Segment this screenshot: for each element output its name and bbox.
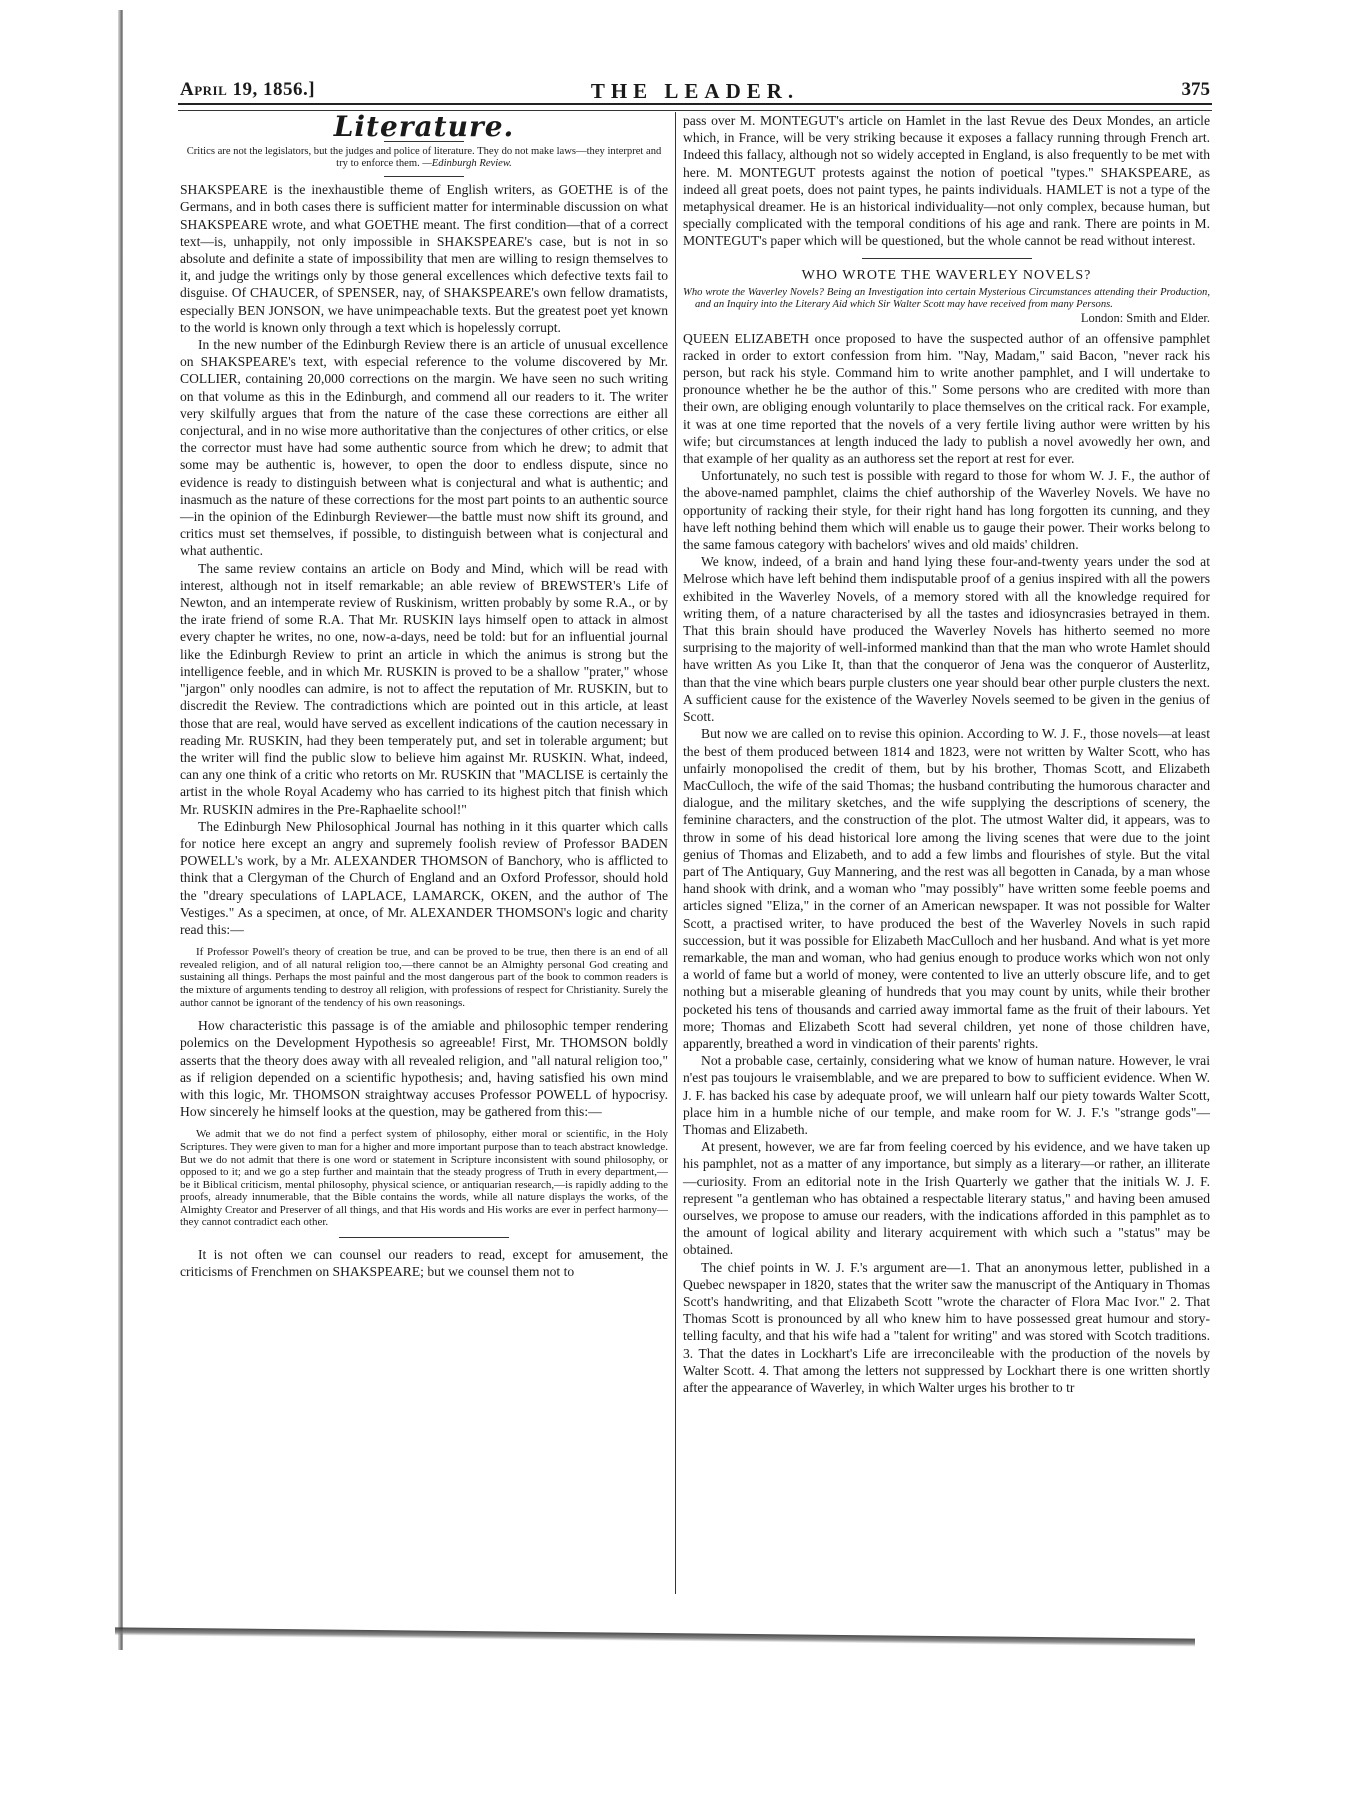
column-divider [675,112,676,1594]
block-quote: If Professor Powell's theory of creation… [180,946,668,1009]
paragraph: In the new number of the Edinburgh Revie… [180,336,668,560]
left-column: Literature. Critics are not the legislat… [180,112,668,1280]
paragraph: How characteristic this passage is of th… [180,1017,668,1120]
right-column: pass over M. MONTEGUT's article on Hamle… [683,112,1210,1396]
paragraph: At present, however, we are far from fee… [683,1138,1210,1258]
block-quote: We admit that we do not find a perfect s… [180,1128,668,1229]
paragraph: SHAKSPEARE is the inexhaustible theme of… [180,181,668,336]
paragraph: It is not often we can counsel our reade… [180,1246,668,1280]
publisher: London: Smith and Elder. [683,310,1210,327]
paragraph: Not a probable case, certainly, consider… [683,1052,1210,1138]
section-title: Literature. [180,118,668,135]
article-subtitle: Who wrote the Waverley Novels? Being an … [683,287,1210,311]
paragraph: Unfortunately, no such test is possible … [683,467,1210,553]
paragraph: QUEEN ELIZABETH once proposed to have th… [683,330,1210,468]
page-binding-edge [118,10,123,1650]
paragraph: pass over M. MONTEGUT's article on Hamle… [683,112,1210,250]
page-number: 375 [1182,79,1211,101]
paragraph: The Edinburgh New Philosophical Journal … [180,818,668,938]
paragraph: But now we are called on to revise this … [683,725,1210,1052]
epigraph-rule [384,176,464,177]
epigraph-source: —Edinburgh Review. [422,158,511,169]
paragraph: The same review contains an article on B… [180,560,668,818]
paragraph: We know, indeed, of a brain and hand lyi… [683,553,1210,725]
newspaper-page: April 19, 1856.] THE LEADER. 375 Literat… [0,0,1351,1801]
article-title: WHO WROTE THE WAVERLEY NOVELS? [683,267,1210,284]
epigraph: Critics are not the legislators, but the… [180,146,668,170]
article-divider [339,1237,509,1238]
page-bottom-edge [115,1627,1195,1646]
article-divider [862,258,1032,259]
paragraph: The chief points in W. J. F.'s argument … [683,1259,1210,1397]
newspaper-title: THE LEADER. [180,79,1210,104]
masthead: April 19, 1856.] THE LEADER. 375 [180,77,1210,103]
